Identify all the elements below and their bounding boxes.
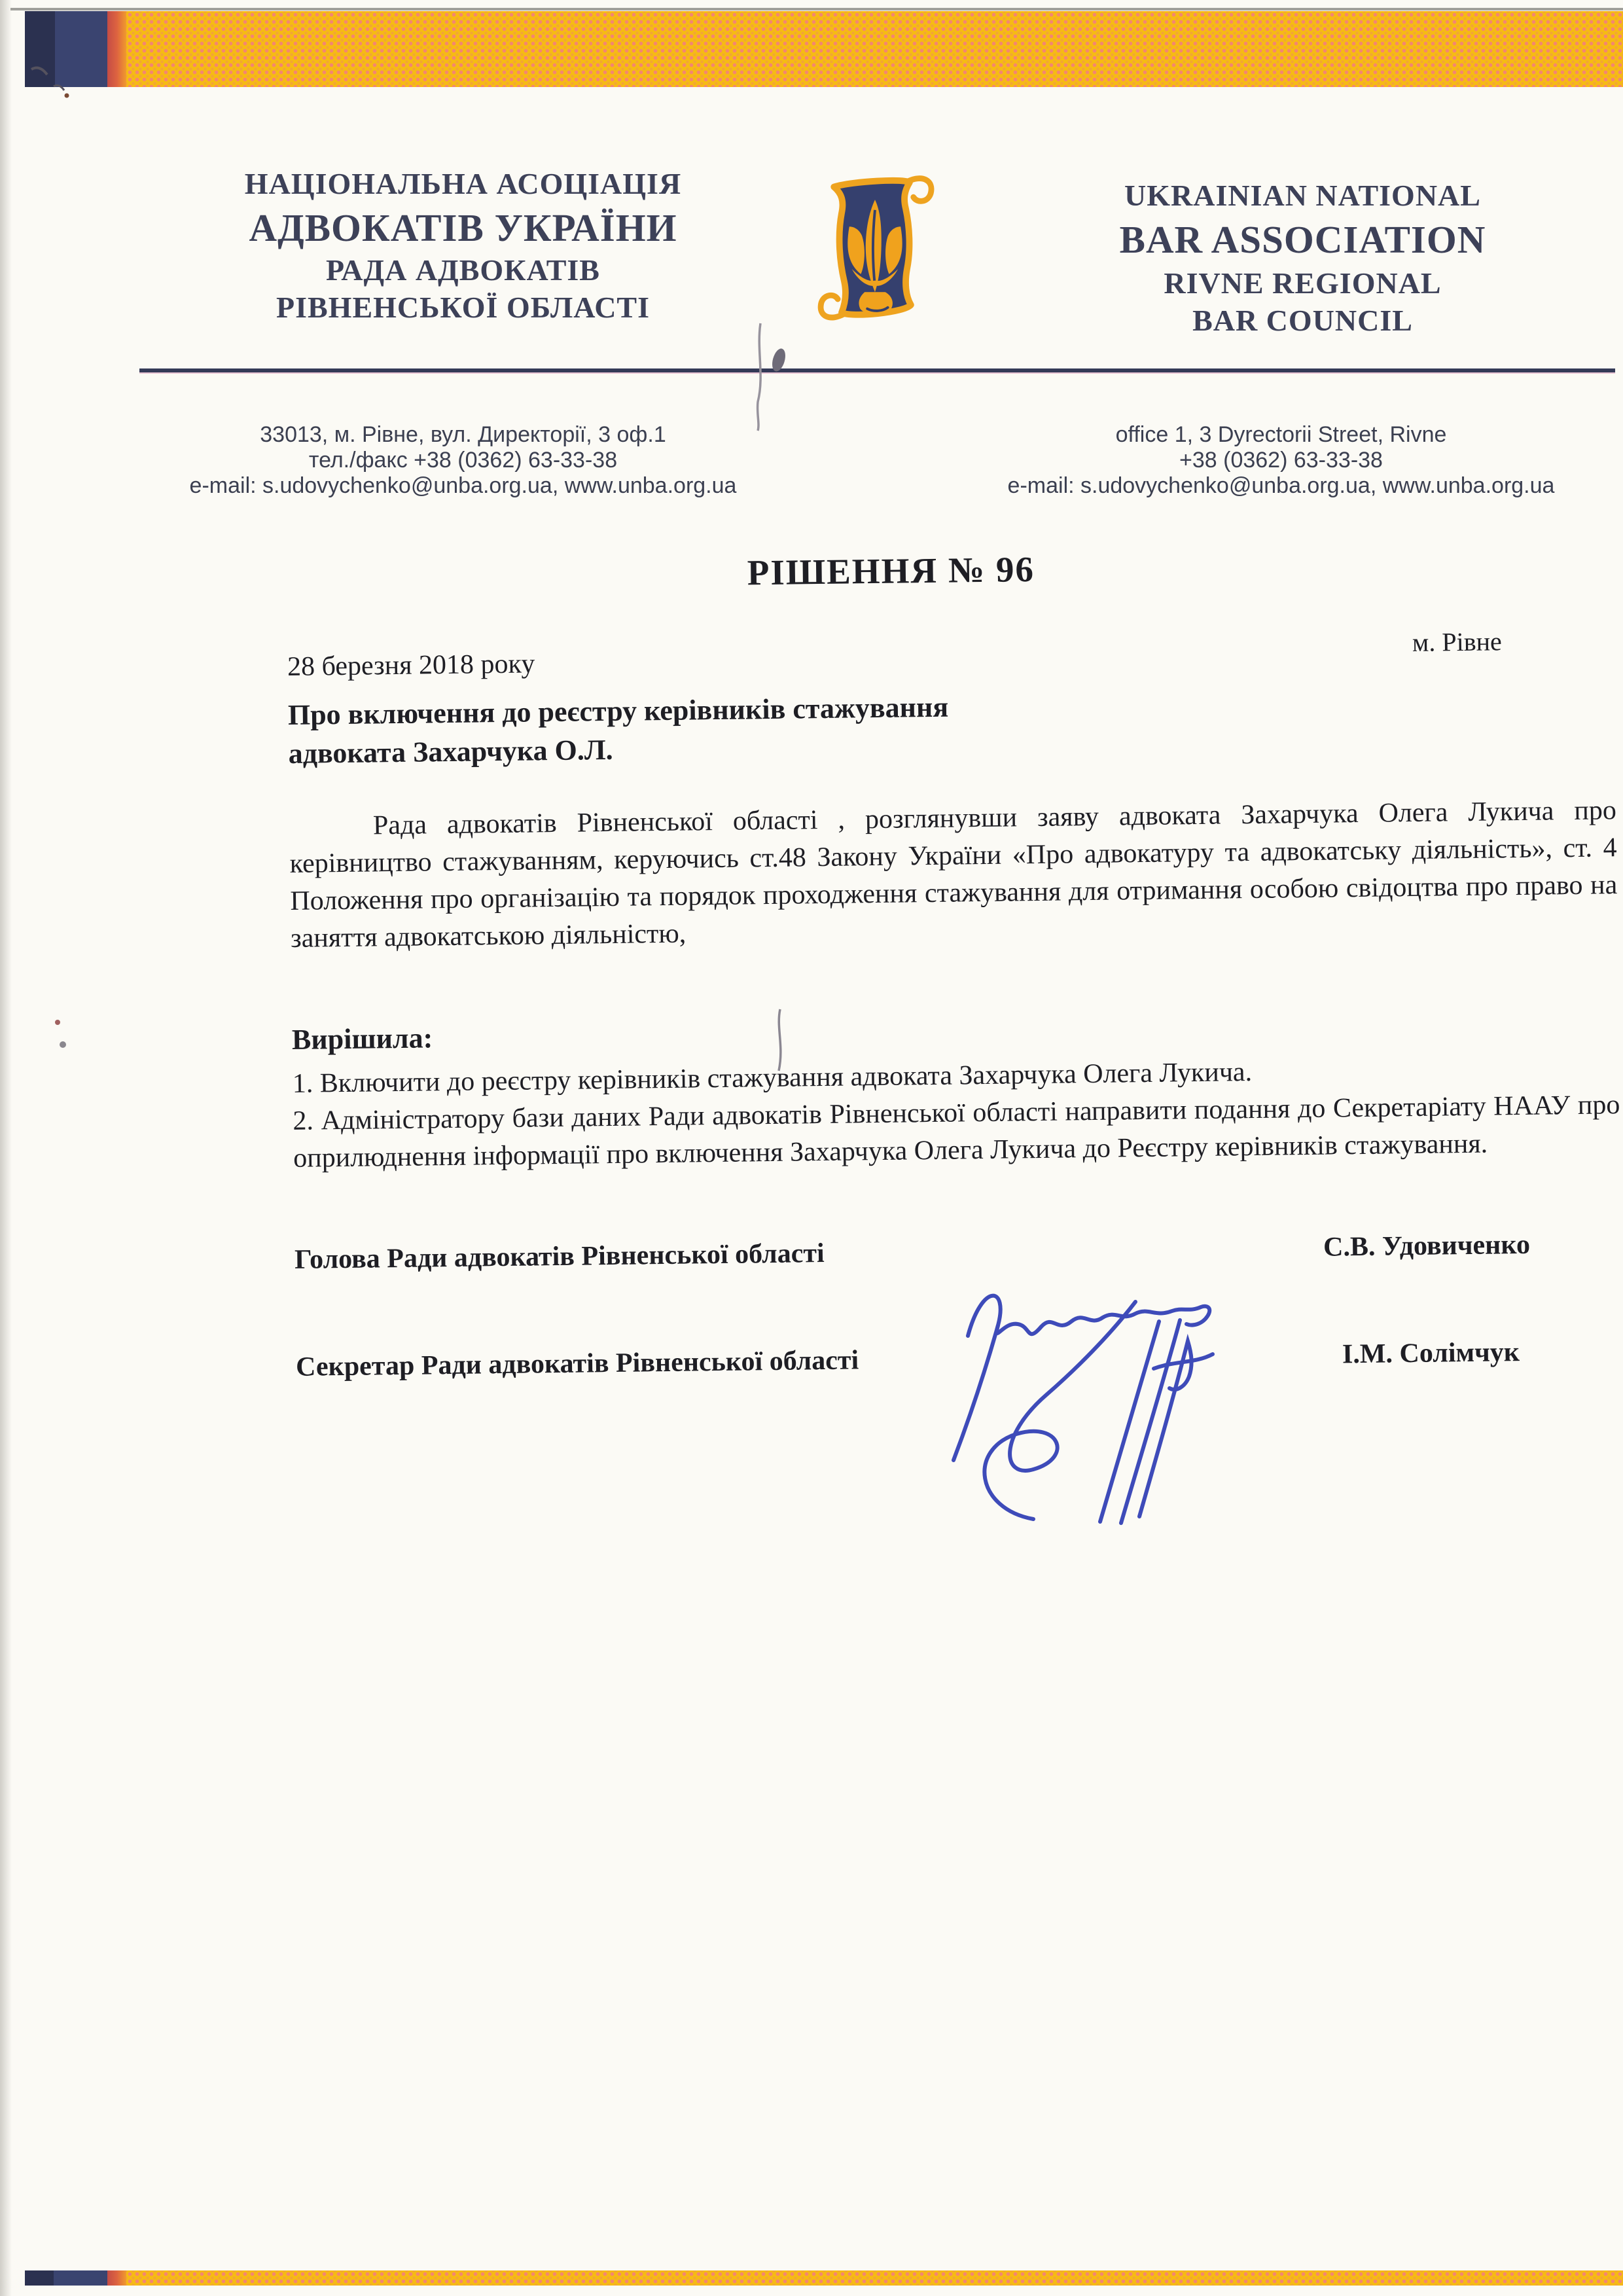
decision-subject: Про включення до реєстру керівників стаж… xyxy=(288,679,1616,773)
banner-orange-segment xyxy=(107,2270,126,2286)
contact-block-ukrainian: 33013, м. Рівне, вул. Директорії, 3 оф.1… xyxy=(167,422,759,499)
signature-label-head: Голова Ради адвокатів Рівненської област… xyxy=(294,1238,825,1276)
scan-artifact-pen-mark-2 xyxy=(771,1008,791,1077)
signature-name-head: С.В. Удовиченко xyxy=(1323,1229,1530,1263)
banner-navy-segment xyxy=(54,2270,107,2286)
contact-ua-address: 33013, м. Рівне, вул. Директорії, 3 оф.1 xyxy=(167,422,759,448)
org-ua-line4: РІВНЕНСЬКОЇ ОБЛАСТІ xyxy=(213,289,713,326)
letterhead-separator-line xyxy=(139,368,1615,372)
org-title-ukrainian: НАЦІОНАЛЬНА АСОЦІАЦІЯ АДВОКАТІВ УКРАЇНИ … xyxy=(213,164,713,326)
scan-artifact-corner-scribble xyxy=(27,63,73,112)
signature-name-secretary: І.М. Солімчук xyxy=(1342,1336,1520,1370)
decision-title: РІШЕННЯ № 96 xyxy=(286,543,1496,599)
decision-place: м. Рівне xyxy=(1412,626,1502,669)
banner-yellow-halftone-segment xyxy=(126,2270,1623,2286)
banner-orange-segment xyxy=(107,11,126,87)
signature-ink-head xyxy=(954,1296,1209,1460)
org-ua-line3: РАДА АДВОКАТІВ xyxy=(213,251,713,289)
date-place-row: 28 березня 2018 року м. Рівне xyxy=(287,635,1614,683)
scan-top-hairline xyxy=(10,8,1623,10)
org-ua-line2: АДВОКАТІВ УКРАЇНИ xyxy=(213,204,713,251)
resolution-items: 1. Включити до реєстру керівників стажув… xyxy=(292,1049,1620,1177)
scan-artifact-dots xyxy=(51,1016,77,1058)
contact-ua-phone: тел./факс +38 (0362) 63-33-38 xyxy=(167,448,759,473)
banner-navy-dark-segment xyxy=(25,2270,54,2286)
org-en-line1: UKRAINIAN NATIONAL xyxy=(1065,177,1540,215)
decision-preamble: Рада адвокатів Рівненської області , роз… xyxy=(289,792,1618,958)
contact-ua-email: e-mail: s.udovychenko@unba.org.ua, www.u… xyxy=(167,473,759,499)
signature-label-secretary: Секретар Ради адвокатів Рівненської обла… xyxy=(296,1344,859,1383)
org-title-english: UKRAINIAN NATIONAL BAR ASSOCIATION RIVNE… xyxy=(1065,164,1540,339)
contact-en-address: office 1, 3 Dyrectorii Street, Rivne xyxy=(978,422,1584,448)
resolved-heading: Вирішила: xyxy=(292,1007,1619,1056)
org-ua-line1: НАЦІОНАЛЬНА АСОЦІАЦІЯ xyxy=(213,164,713,204)
unba-emblem-icon xyxy=(807,171,941,332)
contact-en-email: e-mail: s.udovychenko@unba.org.ua, www.u… xyxy=(978,473,1584,499)
contact-block-english: office 1, 3 Dyrectorii Street, Rivne +38… xyxy=(978,422,1584,499)
resolution-item-2: 2. Адміністратору бази даних Ради адвока… xyxy=(293,1086,1620,1177)
scanned-decision-document: НАЦІОНАЛЬНА АСОЦІАЦІЯ АДВОКАТІВ УКРАЇНИ … xyxy=(0,0,1623,2296)
org-en-line4: BAR COUNCIL xyxy=(1065,302,1540,339)
top-banner xyxy=(25,11,1623,87)
scan-artifact-pen-mark xyxy=(738,322,797,437)
handwritten-signatures xyxy=(905,1259,1275,1543)
scan-edge-shadow xyxy=(0,0,12,2296)
decision-body: РІШЕННЯ № 96 28 березня 2018 року м. Рів… xyxy=(286,541,1623,1383)
decision-date: 28 березня 2018 року xyxy=(287,648,535,683)
signature-ink-secretary xyxy=(984,1302,1213,1523)
banner-yellow-halftone-segment xyxy=(126,11,1623,87)
org-en-line3: RIVNE REGIONAL xyxy=(1065,264,1540,302)
org-en-line2: BAR ASSOCIATION xyxy=(1065,215,1540,264)
bottom-banner xyxy=(25,2270,1623,2286)
contact-en-phone: +38 (0362) 63-33-38 xyxy=(978,448,1584,473)
